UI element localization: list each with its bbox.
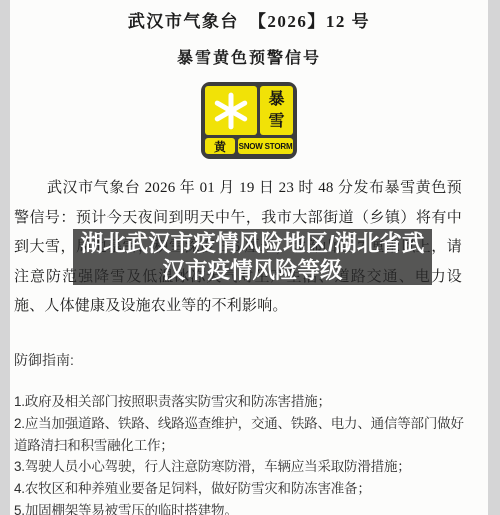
guide-item-2: 2.应当加强道路、铁路、线路巡查维护，交通、铁路、电力、通信等部门做好道路清扫和… <box>14 413 466 457</box>
sign-english-label: SNOW STORM <box>238 138 293 154</box>
guide-heading: 防御指南: <box>14 350 466 370</box>
headline-watermark: 湖北武汉市疫情风险地区/湖北省武 汉市疫情风险等级 <box>73 229 432 285</box>
snowflake-icon <box>205 86 257 135</box>
guide-item-1: 1.政府及相关部门按照职责落实防雪灾和防冻害措施； <box>14 391 466 413</box>
sign-level-char: 黄 <box>205 138 235 154</box>
snowstorm-yellow-warning-sign: 暴雪 黄 SNOW STORM <box>201 82 297 159</box>
headline-line1: 湖北武汉市疫情风险地区/湖北省武 <box>81 230 425 257</box>
sign-bottom-row: 黄 SNOW STORM <box>205 138 293 154</box>
document-subtitle: 暴雪黄色预警信号 <box>10 45 488 68</box>
headline-line2: 汉市疫情风险等级 <box>162 257 342 284</box>
sign-name-cell: 暴雪 <box>260 86 293 135</box>
document-title: 武汉市气象台 【2026】12 号 <box>10 7 488 32</box>
guide-item-4: 4.农牧区和种养殖业要备足饲料，做好防雪灾和防冻害准备； <box>14 478 466 500</box>
defense-guide: 防御指南: 1.政府及相关部门按照职责落实防雪灾和防冻害措施； 2.应当加强道路… <box>14 350 466 515</box>
guide-item-5: 5.加固棚架等易被雪压的临时搭建物。 <box>14 500 466 515</box>
sign-name-vertical-text: 暴雪 <box>269 89 285 132</box>
guide-item-3: 3.驾驶人员小心驾驶，行人注意防寒防滑，车辆应当采取防滑措施； <box>14 456 466 478</box>
document-header: 武汉市气象台 【2026】12 号 暴雪黄色预警信号 <box>10 0 488 68</box>
sign-top-row: 暴雪 <box>205 86 293 135</box>
